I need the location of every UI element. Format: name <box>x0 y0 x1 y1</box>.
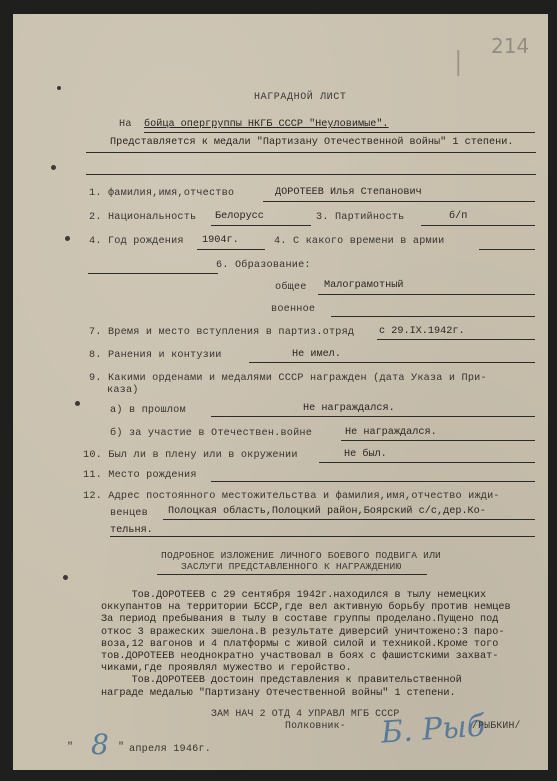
field-9a-label: а) в прошлом <box>110 405 186 416</box>
field-4-label: 4. Год рождения <box>89 236 184 247</box>
award-sheet-page: I 214 НАГРАДНОЙ ЛИСТ На бойца опергруппы… <box>13 14 548 770</box>
narrative-line: чиками,где проявлял мужество и геройство… <box>101 663 511 675</box>
narrative-heading-line2: ЗАСЛУГИ ПРЕДСТАВЛЕННОГО К НАГРАЖДЕНИЮ <box>181 561 401 572</box>
presented-for: Представляется к медали "Партизану Отече… <box>110 137 514 148</box>
date-rest: апреля 1946г. <box>129 744 211 755</box>
punch-hole <box>65 236 70 241</box>
underline <box>211 416 535 417</box>
field-9a-value: Не награждался. <box>303 403 395 414</box>
underline <box>197 249 265 250</box>
narrative-heading-line1: ПОДРОБНОЕ ИЗЛОЖЕНИЕ ЛИЧНОГО БОЕВОГО ПОДВ… <box>161 550 441 561</box>
archive-pencil-number: 214 <box>491 34 529 58</box>
page-title: НАГРАДНОЙ ЛИСТ <box>254 92 346 103</box>
underline <box>331 316 535 317</box>
narrative-line: оккупантов на территории БССР,где вел ак… <box>101 602 511 614</box>
field-12-value: Полоцкая область,Полоцкий район,Боярский… <box>168 506 486 517</box>
field-1-label: 1. фамилия,имя,отчество <box>89 188 234 199</box>
field-10-label: 10. Был ли в плену или в окружении <box>83 450 298 461</box>
field-2-label: 2. Национальность <box>89 212 196 223</box>
field-3-value: б/п <box>449 211 467 222</box>
field-1-value: ДОРОТЕЕВ Илья Степанович <box>275 187 422 198</box>
punch-hole <box>51 165 56 170</box>
punch-hole <box>63 575 68 580</box>
narrative-line: откос 3 вражеских эшелона.В результате д… <box>101 627 511 639</box>
underline <box>319 462 535 463</box>
field-6-label: 6. Образование: <box>216 260 311 271</box>
underline <box>211 225 311 226</box>
date-close-quote: " <box>118 742 124 753</box>
underline <box>318 294 535 295</box>
signer-position: ЗАМ НАЧ 2 ОТД 4 УПРАВЛ МГБ СССР <box>211 708 399 719</box>
field-12-value-cont: тельня. <box>110 525 153 536</box>
date-day-handwritten: 8 <box>91 728 109 761</box>
punch-hole <box>75 401 80 406</box>
underline <box>163 519 535 520</box>
field-9-label: 9. Какими орденами и медалями СССР награ… <box>89 373 487 384</box>
handwritten-signature: Б. Рыб <box>380 708 486 750</box>
field-9-label-cont: каза) <box>107 385 139 396</box>
underline <box>421 225 535 226</box>
underline <box>110 536 535 537</box>
field-army-label: 4. С какого времени в армии <box>274 236 445 247</box>
field-3-label: 3. Партийность <box>316 212 404 223</box>
underline <box>144 132 535 133</box>
field-9b-label: б) за участие в Отечествен.войне <box>110 428 312 439</box>
archive-pencil-roman: I <box>453 44 464 85</box>
underline <box>479 249 535 250</box>
underline <box>211 481 535 482</box>
on-label: На <box>119 119 132 130</box>
narrative-line: тов.ДОРОТЕЕВ неоднократно участвовал в б… <box>101 651 511 663</box>
narrative-line: Тов.ДОРОТЕЕВ достоин представления к пра… <box>101 675 511 687</box>
underline <box>377 339 535 340</box>
underline <box>86 174 536 175</box>
underline <box>86 152 536 153</box>
field-11-label: 11. Место рождения <box>83 470 197 481</box>
underline <box>341 440 535 441</box>
narrative-line: Тов.ДОРОТЕЕВ с 29 сентября 1942г.находил… <box>101 590 511 602</box>
field-7-value: с 29.IX.1942г. <box>379 326 465 337</box>
education-general-label: общее <box>275 282 307 293</box>
underline <box>249 362 535 363</box>
field-4-value: 1904г. <box>202 235 239 246</box>
field-10-value: Не был. <box>344 449 387 460</box>
underline <box>88 273 218 274</box>
heading-underline <box>157 574 427 575</box>
field-12-label: 12. Адрес постоянного местожительства и … <box>83 491 500 502</box>
field-12-label-cont: венцев <box>110 508 148 519</box>
on-value: бойца опергруппы НКГБ СССР "Неуловимые". <box>144 119 389 130</box>
underline <box>263 201 535 202</box>
field-7-label: 7. Время и место вступления в партиз.отр… <box>89 327 354 338</box>
narrative-line: награде медалью "Партизану Отечественной… <box>101 688 511 700</box>
narrative-body: Тов.ДОРОТЕЕВ с 29 сентября 1942г.находил… <box>101 590 511 700</box>
field-9b-value: Не награждался. <box>345 427 437 438</box>
signer-name: /РЫБКИН/ <box>472 720 521 731</box>
education-general-value: Малограмотный <box>324 280 403 291</box>
education-military-label: военное <box>271 304 315 315</box>
field-2-value: Белорусс <box>215 211 264 222</box>
narrative-line: воза,12 вагонов и 4 платформы с живой си… <box>101 639 511 651</box>
date-open-quote: " <box>67 742 73 753</box>
narrative-line: За период пребывания в тылу в составе гр… <box>101 614 511 626</box>
field-8-value: Не имел. <box>292 349 341 360</box>
punch-hole <box>57 86 61 90</box>
field-8-label: 8. Ранения и контузии <box>89 350 222 361</box>
signer-rank: Полковник- <box>285 720 346 731</box>
